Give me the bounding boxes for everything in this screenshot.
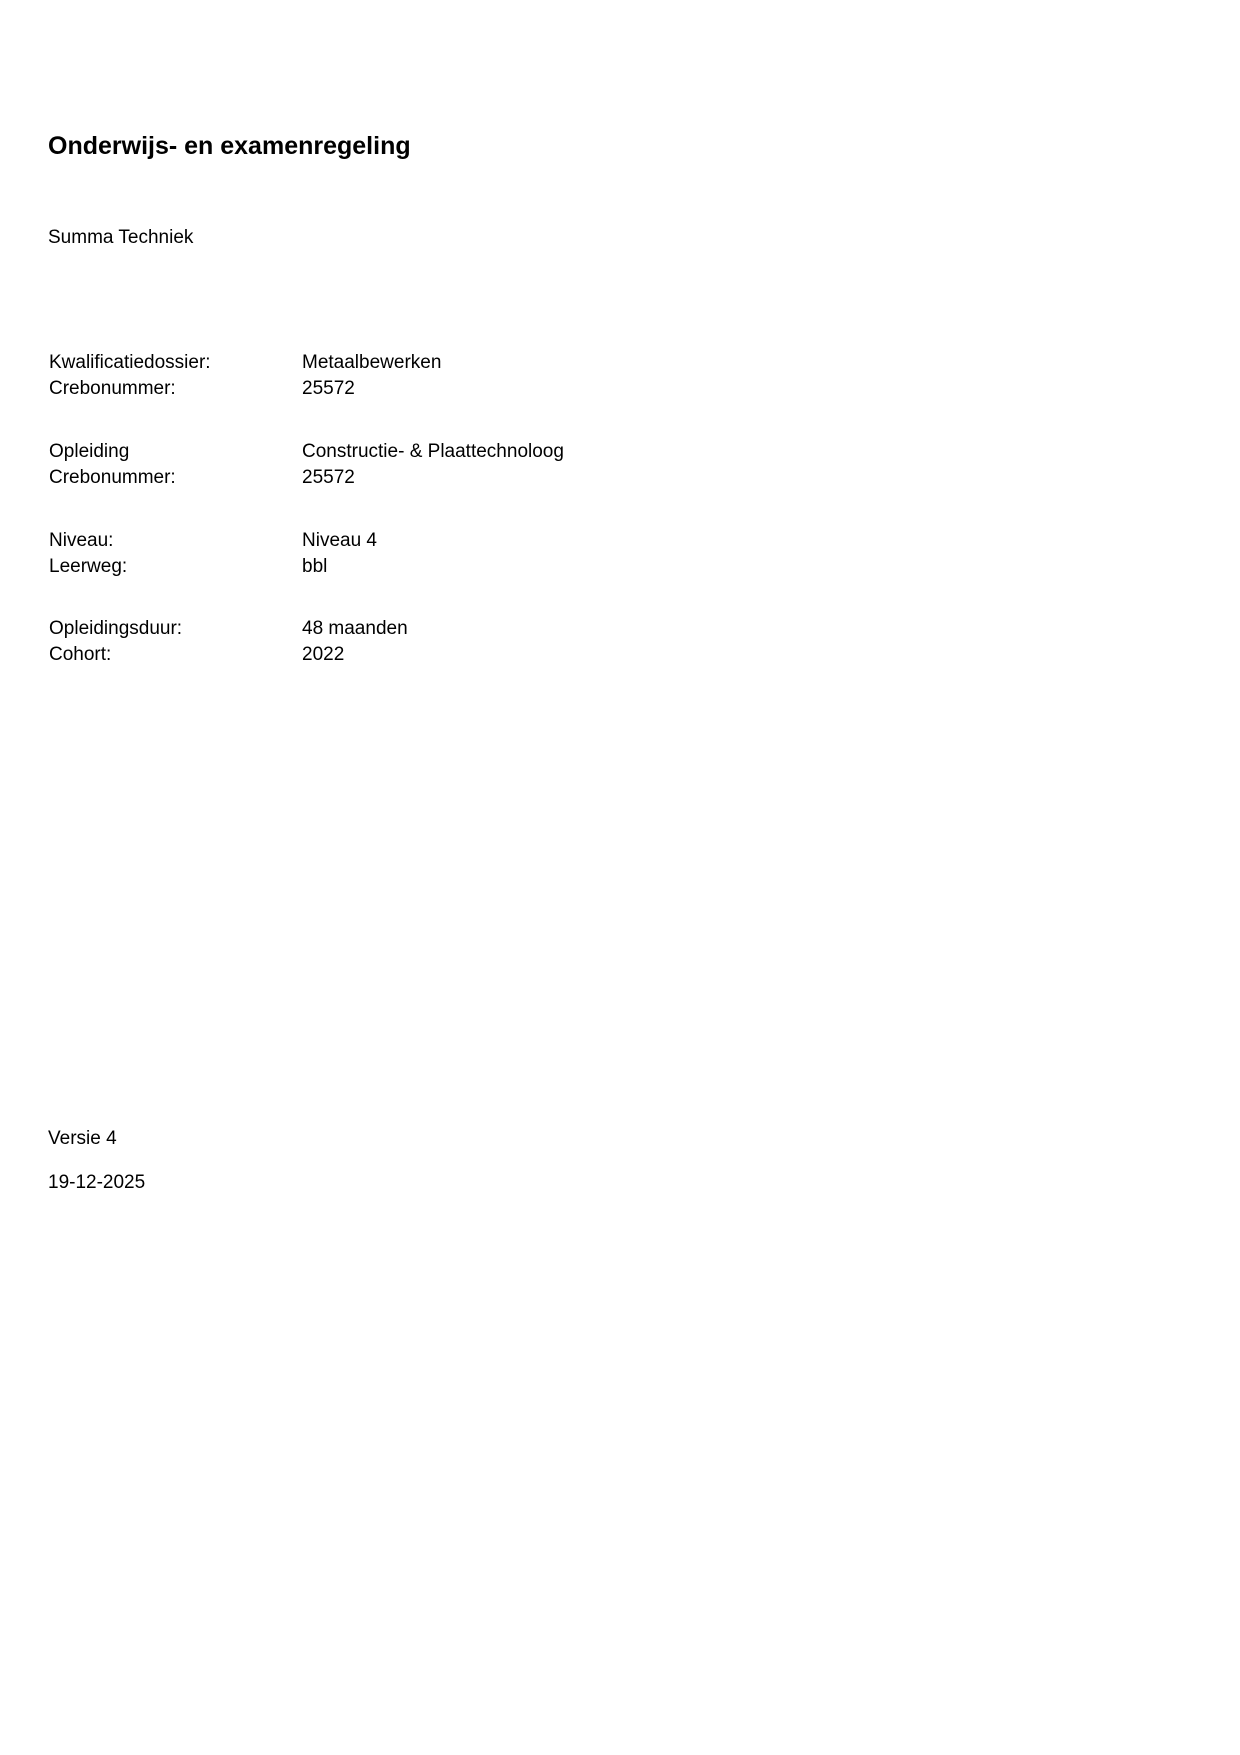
info-value: Metaalbewerken (302, 350, 441, 376)
info-group-kwalificatiedossier: Kwalificatiedossier: Metaalbewerken Creb… (49, 350, 749, 402)
info-value: 25572 (302, 465, 355, 491)
info-label: Crebonummer: (49, 376, 302, 402)
organization-name: Summa Techniek (48, 226, 193, 250)
info-row-crebonummer-kwalificatie: Crebonummer: 25572 (49, 376, 749, 402)
info-value: 25572 (302, 376, 355, 402)
document-title: Onderwijs- en examenregeling (48, 130, 411, 162)
info-group-niveau: Niveau: Niveau 4 Leerweg: bbl (49, 528, 749, 580)
info-row-niveau: Niveau: Niveau 4 (49, 528, 749, 554)
info-value: 2022 (302, 642, 344, 668)
info-value: Constructie- & Plaattechnoloog (302, 439, 564, 465)
info-label: Opleiding (49, 439, 302, 465)
info-row-kwalificatiedossier: Kwalificatiedossier: Metaalbewerken (49, 350, 749, 376)
info-row-crebonummer-opleiding: Crebonummer: 25572 (49, 465, 749, 491)
document-date: 19-12-2025 (48, 1171, 145, 1195)
info-label: Cohort: (49, 642, 302, 668)
info-row-opleidingsduur: Opleidingsduur: 48 maanden (49, 616, 749, 642)
info-group-opleiding: Opleiding Constructie- & Plaattechnoloog… (49, 439, 749, 491)
version-label: Versie 4 (48, 1127, 117, 1151)
info-label: Leerweg: (49, 554, 302, 580)
info-row-leerweg: Leerweg: bbl (49, 554, 749, 580)
info-value: Niveau 4 (302, 528, 377, 554)
info-group-opleidingsduur: Opleidingsduur: 48 maanden Cohort: 2022 (49, 616, 749, 668)
info-row-opleiding: Opleiding Constructie- & Plaattechnoloog (49, 439, 749, 465)
info-value: bbl (302, 554, 327, 580)
info-value: 48 maanden (302, 616, 408, 642)
info-label: Kwalificatiedossier: (49, 350, 302, 376)
info-label: Niveau: (49, 528, 302, 554)
info-row-cohort: Cohort: 2022 (49, 642, 749, 668)
info-label: Opleidingsduur: (49, 616, 302, 642)
info-label: Crebonummer: (49, 465, 302, 491)
